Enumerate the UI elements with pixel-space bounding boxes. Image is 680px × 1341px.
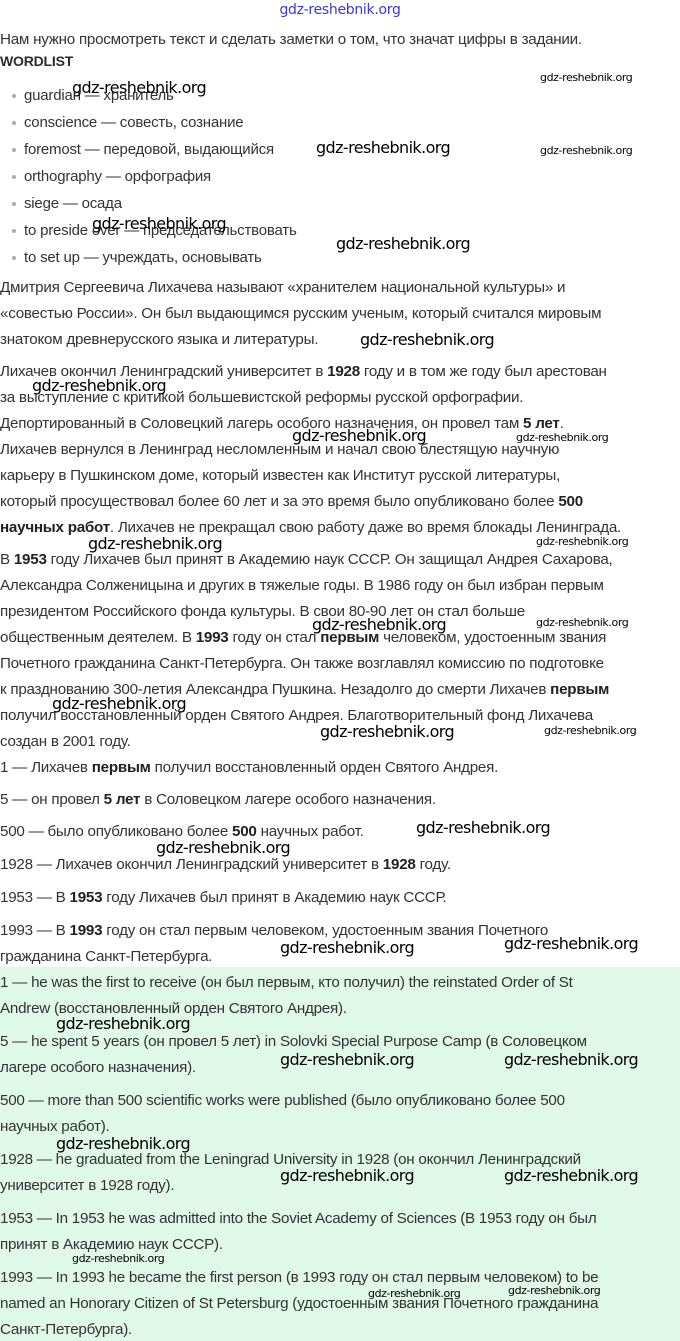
text-run: 1 — Лихачев xyxy=(0,759,92,776)
watermark: gdz-reshebnik.org xyxy=(508,1284,600,1297)
bold-number: первым xyxy=(550,681,609,698)
note-line: 5 — он провел 5 лет в Соловецком лагере … xyxy=(0,786,436,813)
text-run: году он стал первым человеком, удостоенн… xyxy=(102,922,548,939)
note-line: 1993 — В 1993 году он стал первым челове… xyxy=(0,917,548,944)
watermark: gdz-reshebnik.org xyxy=(544,724,636,737)
text-line: карьеру в Пушкинском доме, который извес… xyxy=(0,462,560,489)
text-run: карьеру в Пушкинском доме, который извес… xyxy=(0,467,560,484)
text-line: создан в 2001 году. xyxy=(0,728,131,755)
text-run: знатоком древнерусского языка и литерату… xyxy=(0,331,318,348)
text-line: Лихачев вернулся в Ленинград несломленны… xyxy=(0,436,559,463)
watermark: gdz-reshebnik.org xyxy=(56,1134,190,1153)
text-line: общественным деятелем. В 1993 году он ст… xyxy=(0,624,606,651)
watermark: gdz-reshebnik.org xyxy=(280,1166,414,1185)
answer-line: 1 — he was the first to receive (он был … xyxy=(0,969,573,996)
text-line: президентом Российского фонда культуры. … xyxy=(0,598,525,625)
watermark: gdz-reshebnik.org xyxy=(368,1287,460,1300)
watermark: gdz-reshebnik.org xyxy=(292,426,426,445)
site-watermark-header: gdz-reshebnik.org xyxy=(0,2,680,18)
bold-number: 1953 xyxy=(70,889,103,906)
text-run: получил восстановленный орден Святого Ан… xyxy=(151,759,498,776)
watermark: gdz-reshebnik.org xyxy=(504,1166,638,1185)
wordlist-item: conscience — совесть, сознание xyxy=(12,114,243,131)
text-run: 1993 — В xyxy=(0,922,70,939)
bold-number: 1953 xyxy=(14,551,47,568)
text-run: гражданина Санкт-Петербурга. xyxy=(0,948,212,965)
text-run: году он стал xyxy=(229,629,321,646)
bold-number: 500 xyxy=(558,493,583,510)
text-run: В xyxy=(0,551,14,568)
wordlist-item: siege — осада xyxy=(12,195,122,212)
watermark: gdz-reshebnik.org xyxy=(280,1050,414,1069)
watermark: gdz-reshebnik.org xyxy=(32,376,166,395)
text-run: Дмитрия Сергеевича Лихачева называют «хр… xyxy=(0,279,565,296)
watermark: gdz-reshebnik.org xyxy=(312,615,446,634)
watermark: gdz-reshebnik.org xyxy=(504,1050,638,1069)
bold-number: 1928 xyxy=(327,363,360,380)
text-run: году Лихачев был принят в Академию наук … xyxy=(102,889,446,906)
text-run: Депортированный в Соловецкий лагерь особ… xyxy=(0,415,523,432)
text-run: 1953 — В xyxy=(0,889,70,906)
text-run: году Лихачев был принят в Академию наук … xyxy=(47,551,613,568)
text-run: «совестью России». Он был выдающимся рус… xyxy=(0,305,601,322)
watermark: gdz-reshebnik.org xyxy=(88,534,222,553)
text-run: году и в том же году был арестован xyxy=(360,363,607,380)
intro-text: Нам нужно просмотреть текст и сделать за… xyxy=(0,26,582,53)
text-line: Депортированный в Соловецкий лагерь особ… xyxy=(0,410,564,437)
watermark: gdz-reshebnik.org xyxy=(536,535,628,548)
text-line: Дмитрия Сергеевича Лихачева называют «хр… xyxy=(0,274,565,301)
bold-number: 1928 xyxy=(383,856,416,873)
watermark: gdz-reshebnik.org xyxy=(56,1014,190,1033)
watermark: gdz-reshebnik.org xyxy=(504,934,638,953)
text-line: «совестью России». Он был выдающимся рус… xyxy=(0,300,601,327)
bold-number: 1993 xyxy=(196,629,229,646)
text-run: Почетного гражданина Санкт-Петербурга. О… xyxy=(0,655,604,672)
text-run: общественным деятелем. В xyxy=(0,629,196,646)
wordlist-item: foremost — передовой, выдающийся xyxy=(12,141,274,158)
text-line: Александра Солженицына и других в тяжелы… xyxy=(0,572,604,599)
text-run: создан в 2001 году. xyxy=(0,733,131,750)
note-line: 1 — Лихачев первым получил восстановленн… xyxy=(0,754,498,781)
text-run: . xyxy=(560,415,564,432)
watermark: gdz-reshebnik.org xyxy=(280,938,414,957)
wordlist-item: to set up — учреждать, основывать xyxy=(12,249,262,266)
text-run: в Соловецком лагере особого назначения. xyxy=(140,791,436,808)
text-line: Почетного гражданина Санкт-Петербурга. О… xyxy=(0,650,604,677)
answer-line: лагере особого назначения). xyxy=(0,1054,196,1081)
watermark: gdz-reshebnik.org xyxy=(52,694,186,713)
text-line: знатоком древнерусского языка и литерату… xyxy=(0,326,318,353)
bold-number: 5 лет xyxy=(523,415,560,432)
note-line: 1953 — В 1953 году Лихачев был принят в … xyxy=(0,884,447,911)
text-run: году. xyxy=(416,856,451,873)
note-line: гражданина Санкт-Петербурга. xyxy=(0,943,212,970)
watermark: gdz-reshebnik.org xyxy=(416,818,550,837)
answer-line: университет в 1928 году). xyxy=(0,1172,174,1199)
text-run: который просуществовал более 60 лет и за… xyxy=(0,493,558,510)
watermark: gdz-reshebnik.org xyxy=(540,71,632,84)
watermark: gdz-reshebnik.org xyxy=(316,138,450,157)
answer-line: 500 — more than 500 scientific works wer… xyxy=(0,1087,565,1114)
watermark: gdz-reshebnik.org xyxy=(156,838,290,857)
watermark: gdz-reshebnik.org xyxy=(72,78,206,97)
watermark: gdz-reshebnik.org xyxy=(536,616,628,629)
text-run: Лихачев вернулся в Ленинград несломленны… xyxy=(0,441,559,458)
text-line: который просуществовал более 60 лет и за… xyxy=(0,488,583,515)
text-run: Александра Солженицына и других в тяжелы… xyxy=(0,577,604,594)
bold-number: первым xyxy=(92,759,151,776)
answer-line: Санкт-Петербурга). xyxy=(0,1316,132,1341)
watermark: gdz-reshebnik.org xyxy=(336,234,470,253)
answer-line: 1953 — In 1953 he was admitted into the … xyxy=(0,1205,596,1232)
watermark: gdz-reshebnik.org xyxy=(360,330,494,349)
watermark: gdz-reshebnik.org xyxy=(72,1252,164,1265)
bold-number: 1993 xyxy=(70,922,103,939)
bold-number: 5 лет xyxy=(104,791,141,808)
text-run: президентом Российского фонда культуры. … xyxy=(0,603,525,620)
text-run: 1928 — Лихачев окончил Ленинградский уни… xyxy=(0,856,383,873)
watermark: gdz-reshebnik.org xyxy=(540,144,632,157)
watermark: gdz-reshebnik.org xyxy=(92,214,226,233)
watermark: gdz-reshebnik.org xyxy=(320,722,454,741)
wordlist-item: orthography — орфография xyxy=(12,168,211,185)
watermark: gdz-reshebnik.org xyxy=(516,431,608,444)
wordlist-title: WORDLIST xyxy=(0,53,73,69)
text-run: 5 — он провел xyxy=(0,791,104,808)
